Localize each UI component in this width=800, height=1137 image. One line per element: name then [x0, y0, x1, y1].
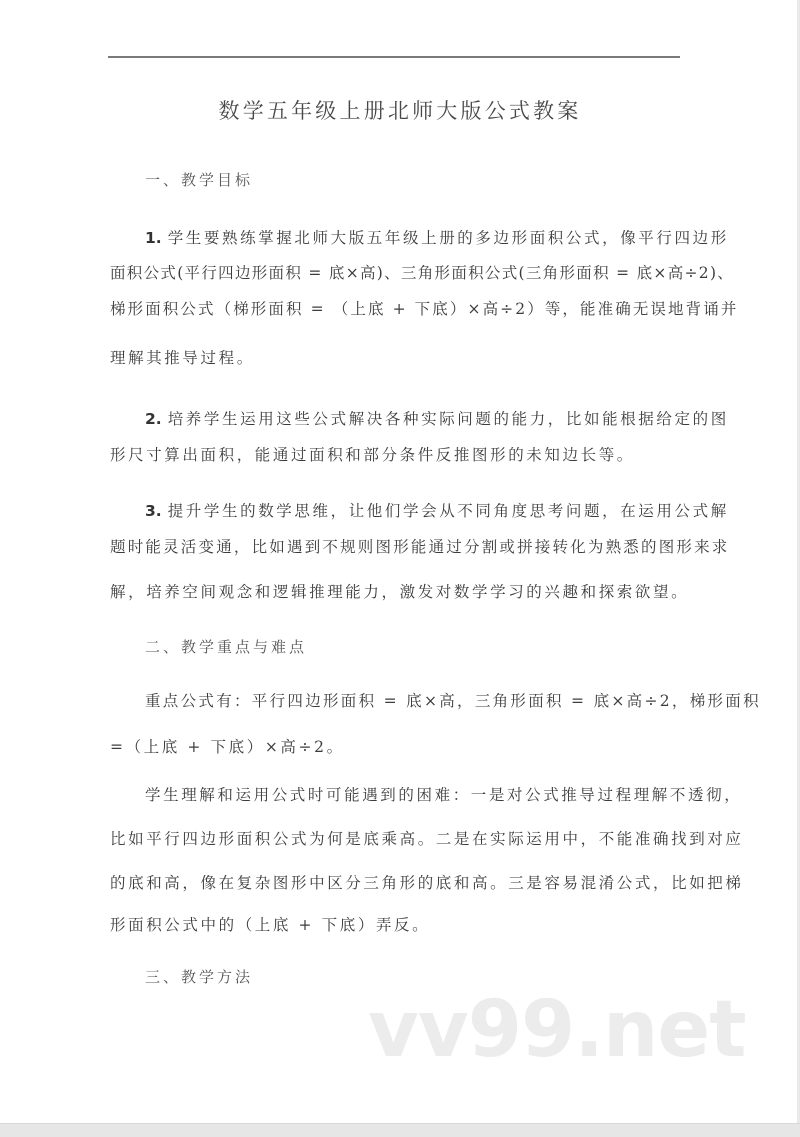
- objective-2-line-1: 2.培养学生运用这些公式解决各种实际问题的能力，比如能根据给定的图: [145, 407, 690, 431]
- header-rule: [108, 56, 680, 58]
- objective-3-number: 3.: [145, 502, 162, 520]
- document-page: 数学五年级上册北师大版公式教案 一、教学目标 1.学生要熟练掌握北师大版五年级上…: [0, 0, 797, 1123]
- text-line: 提升学生的数学思维，让他们学会从不同角度思考问题，在运用公式解: [168, 502, 729, 520]
- key-formula-line-1: 重点公式有：平行四边形面积 = 底×高，三角形面积 = 底×高÷2，梯形面积: [145, 689, 690, 713]
- text-line: 学生要熟练掌握北师大版五年级上册的多边形面积公式，像平行四边形: [168, 229, 729, 247]
- watermark: vv99.net: [368, 985, 746, 1075]
- document-title: 数学五年级上册北师大版公式教案: [0, 96, 800, 126]
- objective-1-line-2: 面积公式(平行四边形面积 = 底×高)、三角形面积公式(三角形面积 = 底×高÷…: [110, 261, 690, 285]
- objective-3-line-1: 3.提升学生的数学思维，让他们学会从不同角度思考问题，在运用公式解: [145, 499, 690, 523]
- section-heading-objectives: 一、教学目标: [145, 168, 253, 192]
- objective-1-number: 1.: [145, 229, 162, 247]
- objective-1-line-1: 1.学生要熟练掌握北师大版五年级上册的多边形面积公式，像平行四边形: [145, 226, 690, 250]
- objective-2-number: 2.: [145, 410, 162, 428]
- difficulty-line-2: 比如平行四边形面积公式为何是底乘高。二是在实际运用中，不能准确找到对应: [110, 827, 690, 851]
- objective-1-line-4: 理解其推导过程。: [110, 346, 690, 370]
- objective-2-line-2: 形尺寸算出面积，能通过面积和部分条件反推图形的未知边长等。: [110, 443, 690, 467]
- objective-1-line-3: 梯形面积公式（梯形面积 = （上底 + 下底）×高÷2）等，能准确无误地背诵并: [110, 297, 690, 321]
- objective-3-line-3: 解，培养空间观念和逻辑推理能力，激发对数学学习的兴趣和探索欲望。: [110, 580, 690, 604]
- section-heading-key-points: 二、教学重点与难点: [145, 635, 307, 659]
- objective-3-line-2: 题时能灵活变通，比如遇到不规则图形能通过分割或拼接转化为熟悉的图形来求: [110, 535, 690, 559]
- text-line: 培养学生运用这些公式解决各种实际问题的能力，比如能根据给定的图: [168, 410, 729, 428]
- difficulty-line-4: 形面积公式中的（上底 + 下底）弄反。: [110, 913, 690, 937]
- key-formula-line-2: =（上底 + 下底）×高÷2。: [110, 735, 690, 759]
- difficulty-line-3: 的底和高，像在复杂图形中区分三角形的底和高。三是容易混淆公式，比如把梯: [110, 871, 690, 895]
- page-bottom-border: [0, 1123, 800, 1137]
- difficulty-line-1: 学生理解和运用公式时可能遇到的困难：一是对公式推导过程理解不透彻，: [145, 783, 690, 807]
- section-heading-methods: 三、教学方法: [145, 965, 253, 989]
